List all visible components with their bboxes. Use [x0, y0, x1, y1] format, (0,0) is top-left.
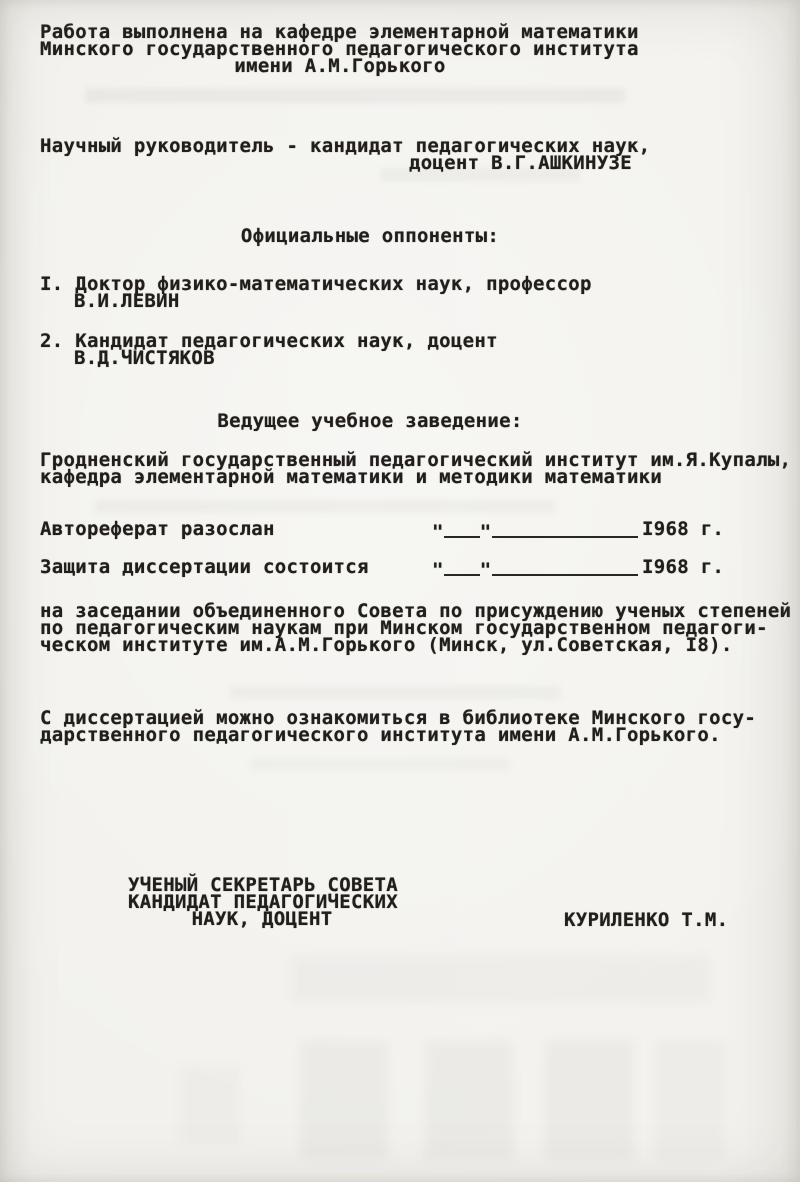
library-paragraph: С диссертацией можно ознакомиться в библ… — [40, 710, 800, 744]
opponent-item-1: I. Доктор физико-математических наук, пр… — [40, 276, 700, 310]
leading-institution-line-2: кафедра элементарной математики и методи… — [40, 469, 800, 486]
council-line-3: ческом институте им.А.М.Горького (Минск,… — [40, 637, 800, 654]
scanned-document-page: { "doc_type": "typewritten dissertation … — [0, 0, 800, 1182]
secretary-line-3: НАУК, ДОЦЕНТ — [128, 911, 396, 928]
day-blank-line — [444, 559, 480, 576]
month-blank-line — [492, 521, 638, 538]
leading-institution-block: Гродненский государственный педагогическ… — [40, 452, 800, 486]
bleedthrough-ghost — [180, 1065, 240, 1145]
month-blank-line — [492, 559, 638, 576]
bleedthrough-ghost — [250, 758, 510, 770]
bleedthrough-ghost — [545, 1040, 633, 1160]
bleedthrough-ghost — [290, 955, 710, 1003]
bleedthrough-ghost — [85, 88, 625, 103]
bleedthrough-ghost — [300, 1040, 388, 1160]
quote-open: " — [432, 521, 444, 543]
dateline-defense: Защита диссертации состоится "" I968 г. — [40, 559, 760, 583]
dateline-2-label: Защита диссертации состоится — [40, 559, 369, 576]
dateline-1-label: Автореферат разослан — [40, 521, 275, 538]
bleedthrough-ghost — [95, 500, 555, 513]
quote-close: " — [480, 559, 492, 581]
dateline-1-year: I968 г. — [642, 521, 724, 538]
dateline-abstract-sent: Автореферат разослан "" I968 г. — [40, 521, 760, 545]
opponents-heading: Официальные оппоненты: — [40, 228, 700, 245]
day-blank-line — [444, 521, 480, 538]
dateline-1-blank: "" — [432, 521, 638, 541]
opponent-1-name: В.И.ЛЕВИН — [40, 293, 700, 310]
bleedthrough-ghost — [425, 1040, 513, 1160]
secretary-block: УЧЕНЫЙ СЕКРЕТАРЬ СОВЕТА КАНДИДАТ ПЕДАГОГ… — [128, 877, 396, 928]
dateline-2-year: I968 г. — [642, 559, 724, 576]
supervisor-line-2: доцент В.Г.АШКИНУЗЕ — [40, 155, 632, 172]
bleedthrough-ghost — [655, 1040, 725, 1160]
paper-vignette — [0, 0, 800, 1182]
opponent-item-2: 2. Кандидат педагогических наук, доцент … — [40, 333, 700, 367]
affiliation-line-3: имени А.М.Горького — [40, 58, 640, 75]
leading-institution-heading: Ведущее учебное заведение: — [40, 413, 700, 430]
quote-open: " — [432, 559, 444, 581]
supervisor-block: Научный руководитель - кандидат педагоги… — [40, 138, 632, 172]
council-paragraph: на заседании объединенного Совета по при… — [40, 603, 800, 654]
dateline-2-blank: "" — [432, 559, 638, 579]
secretary-name: КУРИЛЕНКО Т.М. — [564, 912, 728, 929]
opponent-2-name: В.Д.ЧИСТЯКОВ — [40, 350, 700, 367]
quote-close: " — [480, 521, 492, 543]
bleedthrough-ghost — [230, 686, 560, 699]
affiliation-block: Работа выполнена на кафедре элементарной… — [40, 24, 640, 75]
library-line-2: дарственного педагогического института и… — [40, 727, 800, 744]
